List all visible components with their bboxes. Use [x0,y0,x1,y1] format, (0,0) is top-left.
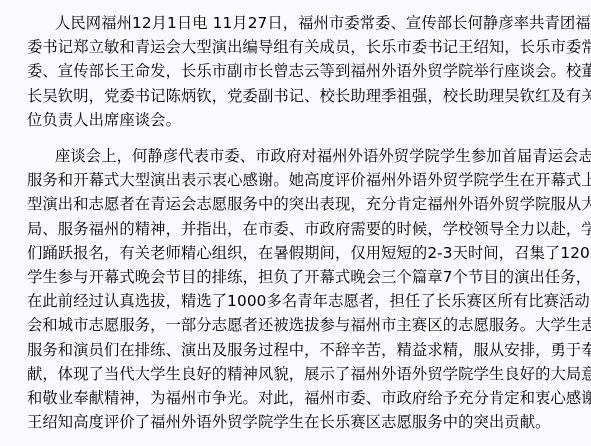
text-line: 型演出和志愿者在青运会志愿服务中的突出表现，充分肯定福州外语外贸学院服从大 [27,192,567,216]
text-line: 学生参与开幕式晚会节目的排练，担负了开幕式晚会三个篇章7个节目的演出任务，学校 [27,265,567,289]
text-line: 位负责人出席座谈会。 [27,108,567,132]
text-line: 献，体现了当代大学生良好的精神风貌，展示了福州外语外贸学院学生良好的大局意识 [27,362,567,386]
paragraph-forum: 座谈会上，何静彦代表市委、市政府对福州外语外贸学院学生参加首届青运会志愿 服务和… [27,144,567,434]
text-line: 委书记郑立敏和青运会大型演出编导组有关成员，长乐市委书记王绍知，长乐市委常 [27,35,567,59]
paragraph-intro: 人民网福州12月1日电 11月27日，福州市委常委、宣传部长何静彦率共青团福州市… [27,11,567,132]
text-line: 王绍知高度评价了福州外语外贸学院学生在长乐赛区志愿服务中的突出贡献。 [27,410,567,434]
text-line: 委、宣传部长王命发，长乐市副市长曾志云等到福州外语外贸学院举行座谈会。校董事 [27,59,567,83]
news-article: 人民网福州12月1日电 11月27日，福州市委常委、宣传部长何静彦率共青团福州市… [27,11,567,434]
text-line: 服务和开幕式大型演出表示衷心感谢。她高度评价福州外语外贸学院学生在开幕式上大 [27,168,567,192]
text-line: 服务和演员们在排练、演出及服务过程中，不辞辛苦，精益求精，服从安排，勇于奉 [27,338,567,362]
text-line: 座谈会上，何静彦代表市委、市政府对福州外语外贸学院学生参加首届青运会志愿 [27,144,567,168]
text-line: 长吴钦明，党委书记陈炳钦，党委副书记、校长助理季祖强，校长助理吴钦红及有关单 [27,84,567,108]
text-line: 会和城市志愿服务，一部分志愿者还被选拔参与福州市主赛区的志愿服务。大学生志愿 [27,313,567,337]
text-line: 们踊跃报名，有关老师精心组织，在暑假期间，仅用短短的2-3天时间，召集了1200… [27,241,567,265]
text-line: 局、服务福州的精神，并指出，在市委、市政府需要的时候，学校领导全力以赴，学生 [27,217,567,241]
text-line: 在此前经过认真选拔，精选了1000多名青年志愿者，担任了长乐赛区所有比赛活动的赛 [27,289,567,313]
text-line: 和敬业奉献精神，为福州市争光。对此，福州市委、市政府给予充分肯定和衷心感谢。 [27,386,567,410]
text-line: 人民网福州12月1日电 11月27日，福州市委常委、宣传部长何静彦率共青团福州市 [27,11,567,35]
